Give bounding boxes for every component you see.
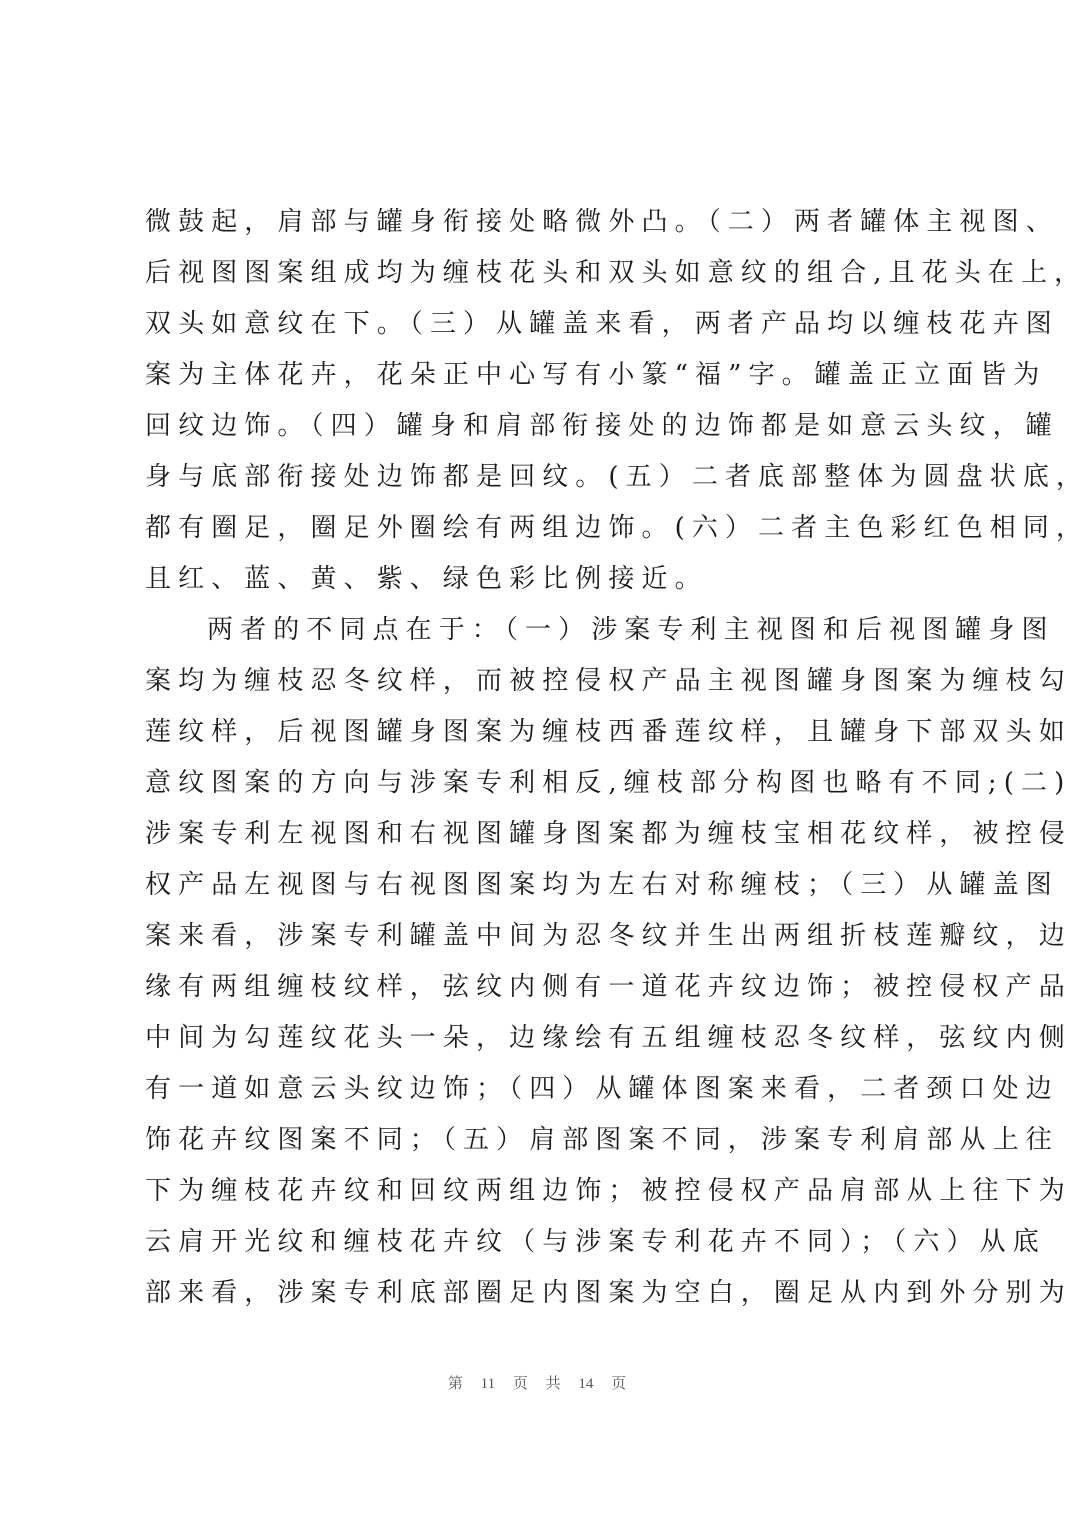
page-number-footer: 第 11 页 共 14 页 (0, 1372, 1074, 1393)
text-line: 回纹边饰。（四）罐身和肩部衔接处的边饰都是如意云头纹，罐 (145, 401, 945, 452)
text-line: 微鼓起，肩部与罐身衔接处略微外凸。（二）两者罐体主视图、 (145, 197, 945, 248)
text-line: 都有圈足，圈足外圈绘有两组边饰。(六）二者主色彩红色相同， (145, 503, 945, 554)
text-line: 权产品左视图与右视图图案均为左右对称缠枝；（三）从罐盖图 (145, 860, 945, 911)
total-pages-number: 14 (578, 1376, 593, 1392)
footer-page-word: 页 (513, 1376, 528, 1392)
text-line: 案为主体花卉，花朵正中心写有小篆“福”字。罐盖正立面皆为 (145, 350, 945, 401)
text-line: 且红、蓝、黄、紫、绿色彩比例接近。 (145, 554, 945, 605)
document-page: 微鼓起，肩部与罐身衔接处略微外凸。（二）两者罐体主视图、 后视图图案组成均为缠枝… (0, 0, 1074, 1520)
text-line: 案来看，涉案专利罐盖中间为忍冬纹并生出两组折枝莲瓣纹，边 (145, 911, 945, 962)
text-line: 莲纹样，后视图罐身图案为缠枝西番莲纹样，且罐身下部双头如 (145, 707, 945, 758)
text-line: 意纹图案的方向与涉案专利相反,缠枝部分构图也略有不同;(二) (145, 758, 945, 809)
text-line: 云肩开光纹和缠枝花卉纹（与涉案专利花卉不同）；（六）从底 (145, 1217, 945, 1268)
text-line: 下为缠枝花卉纹和回纹两组边饰；被控侵权产品肩部从上往下为 (145, 1166, 945, 1217)
document-body: 微鼓起，肩部与罐身衔接处略微外凸。（二）两者罐体主视图、 后视图图案组成均为缠枝… (145, 197, 945, 1319)
text-line: 部来看，涉案专利底部圈足内图案为空白，圈足从内到外分别为 (145, 1268, 945, 1319)
text-line: 有一道如意云头纹边饰；（四）从罐体图案来看，二者颈口处边 (145, 1064, 945, 1115)
text-line: 双头如意纹在下。（三）从罐盖来看，两者产品均以缠枝花卉图 (145, 299, 945, 350)
text-line: 后视图图案组成均为缠枝花头和双头如意纹的组合,且花头在上， (145, 248, 945, 299)
text-line: 饰花卉纹图案不同；（五）肩部图案不同，涉案专利肩部从上往 (145, 1115, 945, 1166)
footer-suffix: 页 (611, 1376, 626, 1392)
text-line: 涉案专利左视图和右视图罐身图案都为缠枝宝相花纹样，被控侵 (145, 809, 945, 860)
footer-total-word: 共 (546, 1376, 561, 1392)
text-line: 缘有两组缠枝纹样，弦纹内侧有一道花卉纹边饰；被控侵权产品 (145, 962, 945, 1013)
current-page-number: 11 (481, 1376, 495, 1392)
text-line: 案均为缠枝忍冬纹样，而被控侵权产品主视图罐身图案为缠枝勾 (145, 656, 945, 707)
text-line: 中间为勾莲纹花头一朵，边缘绘有五组缠枝忍冬纹样，弦纹内侧 (145, 1013, 945, 1064)
paragraph-start-line: 两者的不同点在于：（一）涉案专利主视图和后视图罐身图 (145, 605, 945, 656)
footer-prefix: 第 (448, 1376, 463, 1392)
text-line: 身与底部衔接处边饰都是回纹。(五）二者底部整体为圆盘状底， (145, 452, 945, 503)
